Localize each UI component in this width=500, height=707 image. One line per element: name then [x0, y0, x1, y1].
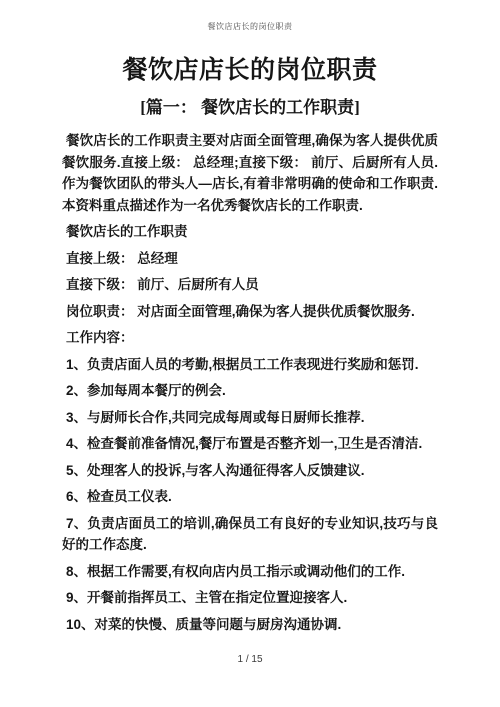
duty-item: 6、检查员工仪表.: [62, 486, 438, 508]
duty-item: 4、检查餐前准备情况,餐厅布置是否整齐划一,卫生是否清洁.: [62, 433, 438, 455]
section-subtitle: [篇一： 餐饮店长的工作职责]: [0, 96, 500, 120]
section-heading: 餐饮店长的工作职责: [62, 221, 438, 243]
duty-item: 8、根据工作需要,有权向店内员工指示或调动他们的工作.: [62, 561, 438, 583]
info-line-subordinate: 直接下级： 前厅、后厨所有人员: [62, 274, 438, 296]
duty-item: 3、与厨师长合作,共同完成每周或每日厨师长推荐.: [62, 407, 438, 429]
document-page: 餐饮店店长的岗位职责 餐饮店店长的岗位职责 [篇一： 餐饮店长的工作职责] 餐饮…: [0, 0, 500, 707]
info-line-responsibility: 岗位职责： 对店面全面管理,确保为客人提供优质餐饮服务.: [62, 301, 438, 323]
page-number: 1 / 15: [0, 653, 500, 666]
duty-item: 5、处理客人的投诉,与客人沟通征得客人反馈建议.: [62, 460, 438, 482]
running-header: 餐饮店店长的岗位职责: [0, 22, 500, 32]
page-title: 餐饮店店长的岗位职责: [0, 54, 500, 88]
info-line-work-content-label: 工作内容：: [62, 327, 438, 349]
intro-paragraph: 餐饮店长的工作职责主要对店面全面管理,确保为客人提供优质餐饮服务.直接上级： 总…: [62, 130, 438, 216]
duty-item: 1、负责店面人员的考勤,根据员工工作表现进行奖励和惩罚.: [62, 354, 438, 376]
duty-item: 10、对菜的快慢、质量等问题与厨房沟通协调.: [62, 614, 438, 636]
duty-item: 2、参加每周本餐厅的例会.: [62, 380, 438, 402]
document-body: 餐饮店长的工作职责主要对店面全面管理,确保为客人提供优质餐饮服务.直接上级： 总…: [62, 130, 438, 640]
info-line-superior: 直接上级： 总经理: [62, 248, 438, 270]
duty-item: 7、负责店面员工的培训,确保员工有良好的专业知识,技巧与良好的工作态度.: [62, 513, 438, 556]
duty-item: 9、开餐前指挥员工、主管在指定位置迎接客人.: [62, 587, 438, 609]
